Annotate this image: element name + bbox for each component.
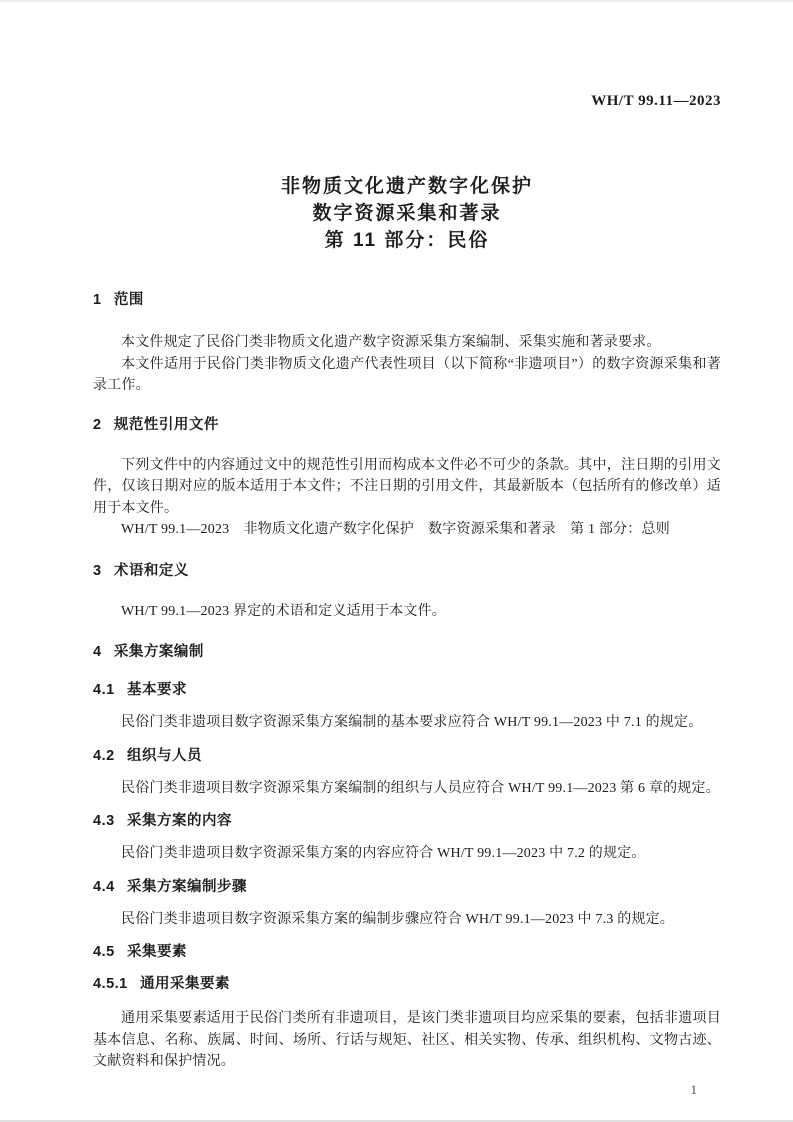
document-title-line-1: 非物质文化遗产数字化保护 bbox=[93, 173, 721, 200]
page-number: 1 bbox=[93, 1082, 721, 1098]
section-1-paragraph-2: 本文件适用于民俗门类非物质文化遗产代表性项目（以下简称“非遗项目”）的数字资源采… bbox=[93, 354, 721, 397]
section-3-paragraph-1: WH/T 99.1—2023 界定的术语和定义适用于本文件。 bbox=[93, 601, 721, 623]
section-4-3-title: 采集方案的内容 bbox=[127, 813, 232, 829]
section-2-paragraph-1: 下列文件中的内容通过文中的规范性引用而构成本文件必不可少的条款。其中，注日期的引… bbox=[93, 455, 721, 520]
section-4-5-1-number: 4.5.1 bbox=[93, 974, 128, 994]
section-1-paragraph-1: 本文件规定了民俗门类非物质文化遗产数字资源采集方案编制、采集实施和著录要求。 bbox=[93, 332, 721, 354]
section-4-4-heading: 4.4采集方案编制步骤 bbox=[93, 877, 721, 897]
section-4-2-title: 组织与人员 bbox=[127, 748, 202, 764]
section-2-title: 规范性引用文件 bbox=[114, 417, 219, 433]
section-1-title: 范围 bbox=[114, 292, 144, 308]
section-4-5-title: 采集要素 bbox=[127, 944, 187, 960]
section-1-number: 1 bbox=[93, 290, 102, 310]
document-title: 非物质文化遗产数字化保护 数字资源采集和著录 第 11 部分：民俗 bbox=[93, 173, 721, 254]
section-4-1-paragraph-1: 民俗门类非遗项目数字资源采集方案编制的基本要求应符合 WH/T 99.1—202… bbox=[93, 712, 721, 734]
page-content: WH/T 99.11—2023 非物质文化遗产数字化保护 数字资源采集和著录 第… bbox=[0, 93, 793, 1098]
section-4-title: 采集方案编制 bbox=[114, 644, 204, 660]
document-title-line-2: 数字资源采集和著录 bbox=[93, 200, 721, 227]
document-page: WH/T 99.11—2023 非物质文化遗产数字化保护 数字资源采集和著录 第… bbox=[0, 0, 793, 1122]
section-4-3-number: 4.3 bbox=[93, 811, 115, 831]
section-4-2-heading: 4.2组织与人员 bbox=[93, 746, 721, 766]
section-4-1-title: 基本要求 bbox=[127, 682, 187, 698]
section-2-reference-1: WH/T 99.1—2023 非物质文化遗产数字化保护 数字资源采集和著录 第 … bbox=[93, 519, 721, 541]
section-4-5-heading: 4.5采集要素 bbox=[93, 942, 721, 962]
section-4-1-number: 4.1 bbox=[93, 680, 115, 700]
section-2-heading: 2规范性引用文件 bbox=[93, 415, 721, 435]
section-4-4-title: 采集方案编制步骤 bbox=[127, 879, 247, 895]
section-4-4-paragraph-1: 民俗门类非遗项目数字资源采集方案的编制步骤应符合 WH/T 99.1—2023 … bbox=[93, 909, 721, 931]
section-4-2-paragraph-1: 民俗门类非遗项目数字资源采集方案编制的组织与人员应符合 WH/T 99.1—20… bbox=[93, 778, 721, 800]
section-4-4-number: 4.4 bbox=[93, 877, 115, 897]
section-4-2-number: 4.2 bbox=[93, 746, 115, 766]
document-title-line-3: 第 11 部分：民俗 bbox=[93, 227, 721, 254]
section-4-number: 4 bbox=[93, 642, 102, 662]
section-4-5-number: 4.5 bbox=[93, 942, 115, 962]
section-3-title: 术语和定义 bbox=[114, 563, 189, 579]
section-4-1-heading: 4.1基本要求 bbox=[93, 680, 721, 700]
section-4-5-1-title: 通用采集要素 bbox=[140, 976, 230, 992]
standard-code: WH/T 99.11—2023 bbox=[93, 93, 721, 109]
section-3-number: 3 bbox=[93, 561, 102, 581]
section-2-number: 2 bbox=[93, 415, 102, 435]
section-4-5-1-heading: 4.5.1通用采集要素 bbox=[93, 974, 721, 994]
section-4-3-paragraph-1: 民俗门类非遗项目数字资源采集方案的内容应符合 WH/T 99.1—2023 中 … bbox=[93, 843, 721, 865]
section-3-heading: 3术语和定义 bbox=[93, 561, 721, 581]
section-4-3-heading: 4.3采集方案的内容 bbox=[93, 811, 721, 831]
section-4-heading: 4采集方案编制 bbox=[93, 642, 721, 662]
section-4-5-1-paragraph-1: 通用采集要素适用于民俗门类所有非遗项目，是该门类非遗项目均应采集的要素，包括非遗… bbox=[93, 1008, 721, 1073]
section-1-heading: 1范围 bbox=[93, 290, 721, 310]
